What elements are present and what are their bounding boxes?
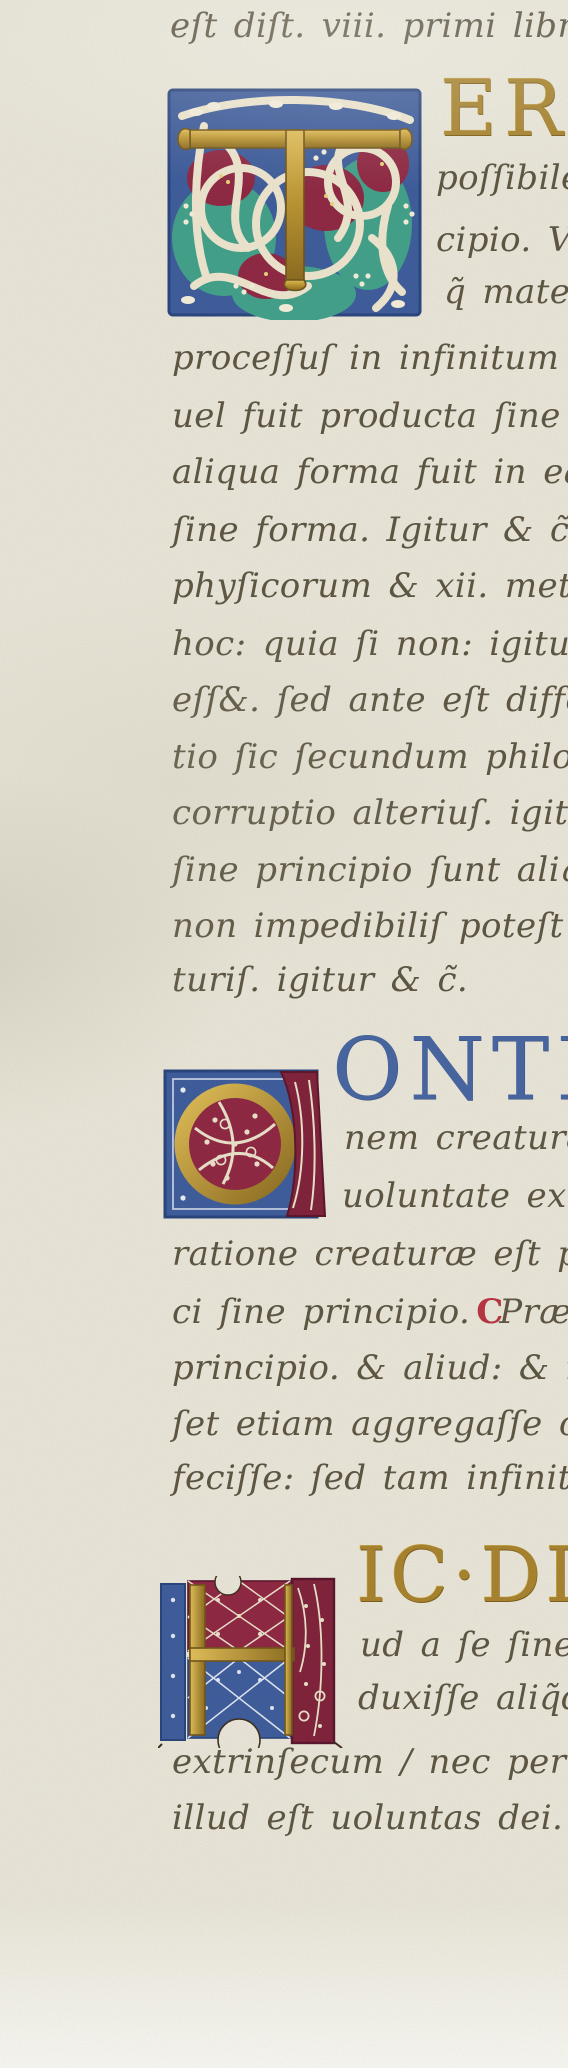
text-line: proceſſuſ in infinitum <box>172 338 559 378</box>
text-line: corruptio alteriuſ. igitur <box>172 793 568 833</box>
text-line: ud a ſe ſine pr <box>360 1625 568 1665</box>
text-line: non impedibiliſ poteſt h <box>172 906 568 946</box>
text-line: uoluntate ex n <box>342 1176 568 1216</box>
running-header: eſt diſt. viii. primi libr <box>170 6 568 46</box>
manuscript-page: eſt diſt. viii. primi libr <box>0 0 568 2068</box>
text-line: extrinſecum / nec per m <box>172 1742 568 1782</box>
text-line: eſſ&. ſed ante eſt differe <box>172 680 568 720</box>
text-line: illud eſt uoluntas dei. c <box>172 1798 568 1838</box>
text-line: q̃ materi <box>444 272 568 312</box>
text-line: ſine forma. Igitur & c̃ <box>172 510 568 550</box>
illuminated-initial-t <box>166 86 424 320</box>
text-line: hoc: quia ſi non: igitur p <box>172 624 568 664</box>
text-line: ſet etiam aggregaſſe omn <box>172 1404 568 1444</box>
text-line: turiſ. igitur & c̃. <box>172 960 468 1000</box>
text-line: ſine principio ſunt aliq <box>172 850 568 890</box>
text-line-with-rubric: ci ſine principio.CPræte <box>172 1292 568 1332</box>
text-line: cipio. V <box>436 220 568 260</box>
text-line: poſſibile <box>436 158 568 198</box>
text-line: principio. & aliud: & ita <box>172 1348 568 1388</box>
text-line: ratione creaturæ eſt pro <box>172 1234 568 1274</box>
text-line: uel fuit producta ſine p <box>172 396 568 436</box>
text-line: aliqua forma fuit in ea <box>172 452 568 492</box>
display-capitals-ter: ER <box>440 64 568 154</box>
text-line: duxiſſe aliq̃d <box>358 1678 568 1718</box>
text-after-rubric: Præte <box>499 1292 568 1332</box>
text-line: phyſicorum & xii. meta <box>172 566 568 606</box>
text-line: tio ſic ſecundum philoſo <box>172 737 568 777</box>
illuminated-initial-c <box>163 1068 333 1220</box>
display-capitals-hic-dico: IC·DIC <box>356 1530 568 1619</box>
illuminated-initial-h <box>158 1576 350 1748</box>
display-capitals-contra: ONTR <box>332 1020 568 1120</box>
text-line: feciſſe: ſed tam infinitaſ <box>172 1458 568 1498</box>
text-before-rubric: ci ſine principio. <box>172 1292 470 1332</box>
text-line: nem creaturæ <box>344 1118 568 1158</box>
rubric-paragraph-mark: C <box>476 1292 497 1332</box>
